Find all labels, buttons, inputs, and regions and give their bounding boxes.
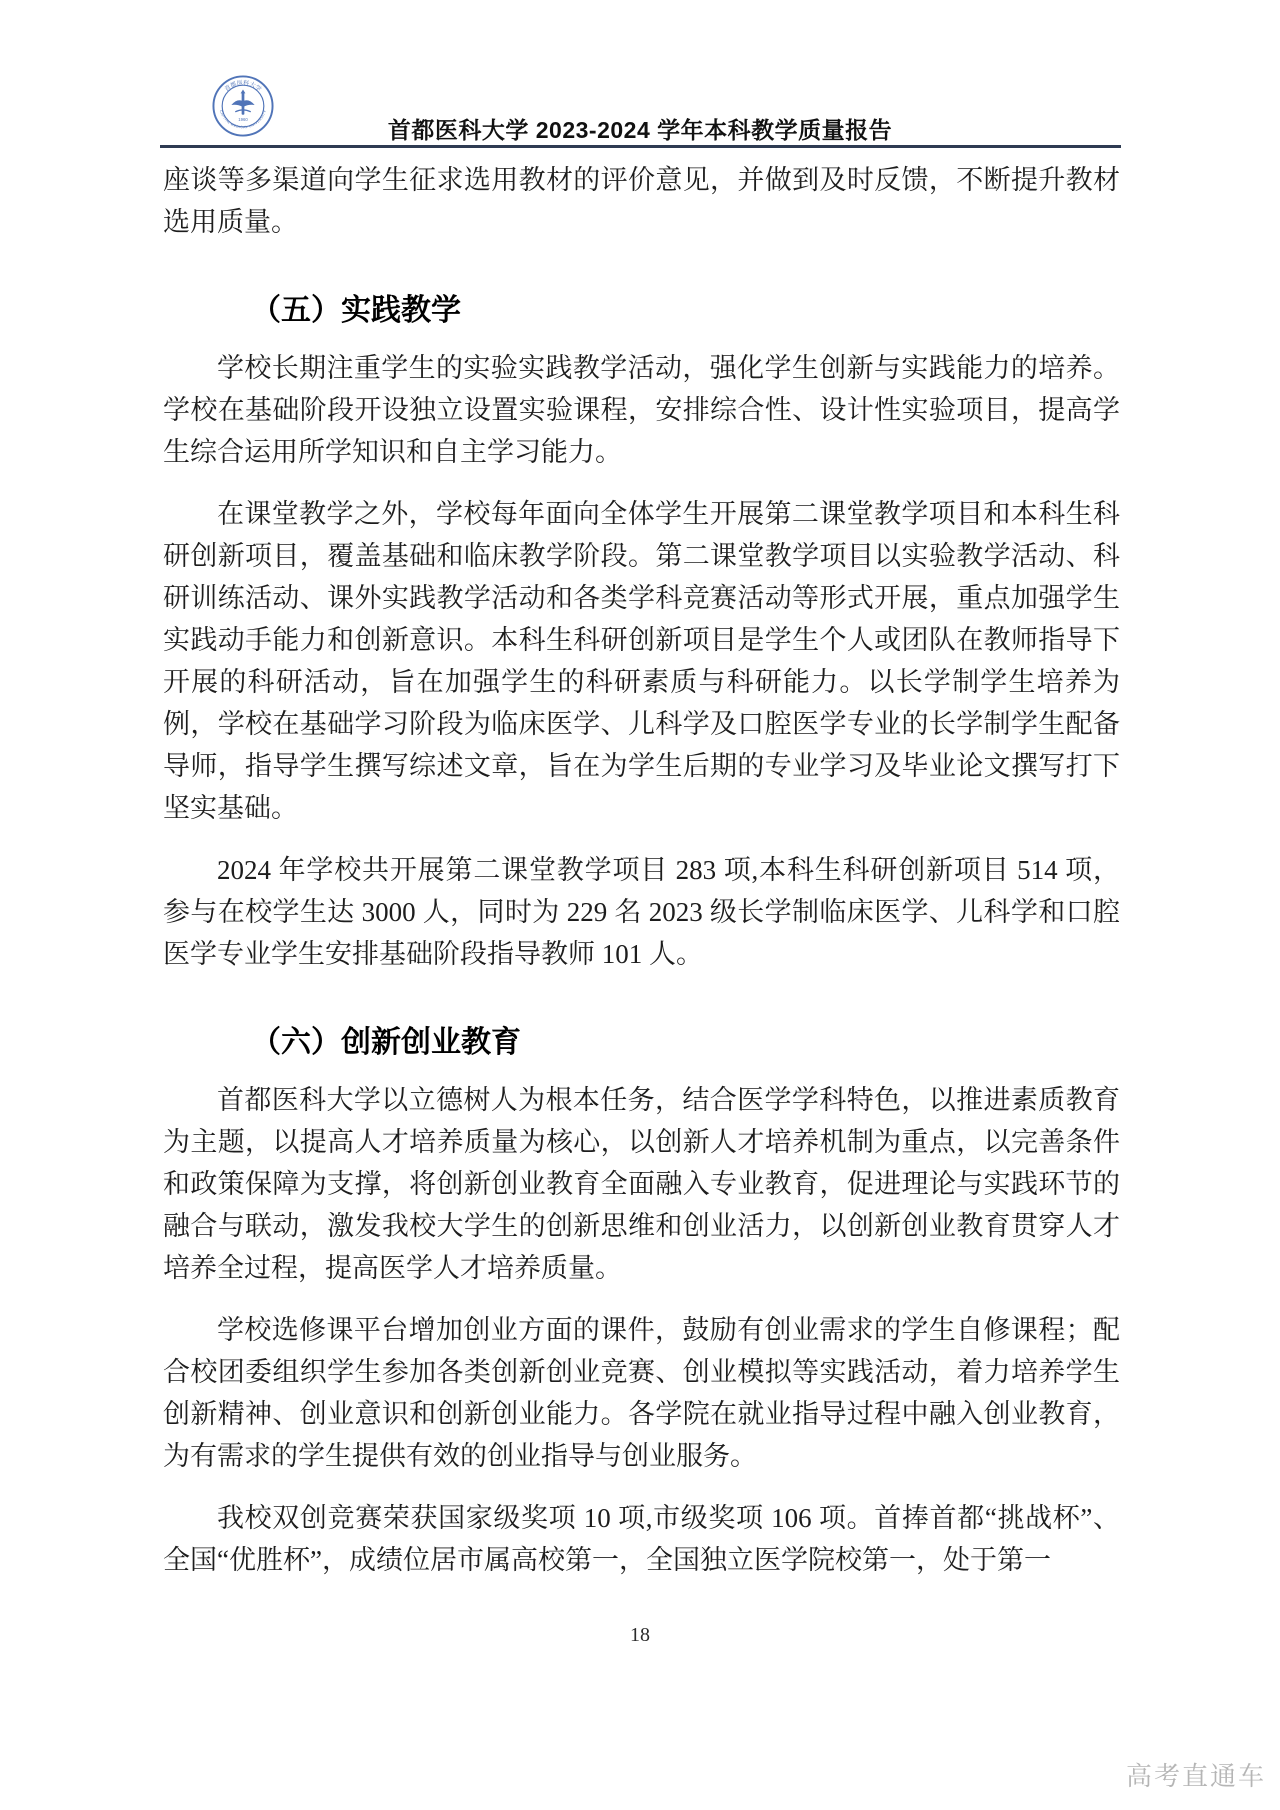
header-divider-line (160, 145, 1121, 148)
paragraph-innovation-education-policy: 首都医科大学以立德树人为根本任务，结合医学学科特色，以推进素质教育为主题，以提高… (163, 1079, 1120, 1289)
page-number: 18 (0, 1624, 1280, 1647)
paragraph-2024-project-numbers: 2024 年学校共开展第二课堂教学项目 283 项,本科生科研创新项目 514 … (163, 849, 1120, 975)
paragraph-elective-platform: 学校选修课平台增加创业方面的课件，鼓励有创业需求的学生自修课程；配合校团委组织学… (163, 1309, 1120, 1477)
paragraph-textbook-feedback: 座谈等多渠道向学生征求选用教材的评价意见，并做到及时反馈，不断提升教材选用质量。 (163, 159, 1120, 243)
report-page: 首都医科大学 CAPITAL MEDICAL UNIVERSITY 1960 首… (0, 0, 1280, 1810)
section-heading-innovation-entrepreneurship: （六）创新创业教育 (163, 1021, 1120, 1065)
report-header-title: 首都医科大学 2023-2024 学年本科教学质量报告 (0, 112, 1280, 145)
watermark-text: 高考直通车 (1126, 1756, 1266, 1793)
paragraph-second-classroom: 在课堂教学之外，学校每年面向全体学生开展第二课堂教学项目和本科生科研创新项目，覆… (163, 493, 1120, 829)
section-heading-practical-teaching: （五）实践教学 (163, 289, 1120, 333)
paragraph-competition-awards: 我校双创竞赛荣获国家级奖项 10 项,市级奖项 106 项。首捧首都“挑战杯”、… (163, 1497, 1120, 1581)
document-body: 座谈等多渠道向学生征求选用教材的评价意见，并做到及时反馈，不断提升教材选用质量。… (163, 159, 1120, 1601)
paragraph-experiment-courses: 学校长期注重学生的实验实践教学活动，强化学生创新与实践能力的培养。学校在基础阶段… (163, 347, 1120, 473)
